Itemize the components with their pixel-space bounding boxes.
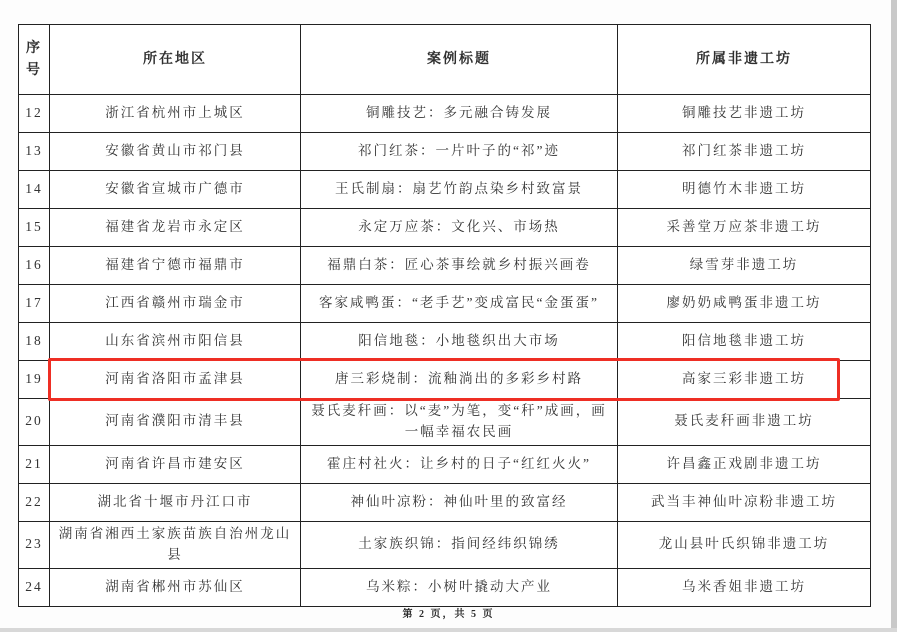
- row-number-cell: 21: [19, 445, 50, 483]
- row-workshop-cell: 许昌鑫正戏剧非遗工坊: [618, 445, 871, 483]
- table-row: 12 浙江省杭州市上城区 铜雕技艺：多元融合铸发展 铜雕技艺非遗工坊: [19, 95, 871, 133]
- row-number-cell: 19: [19, 361, 50, 399]
- header-cell-title: 案例标题: [301, 25, 618, 95]
- heritage-case-table: 序号 所在地区 案例标题 所属非遗工坊 12 浙江省杭州市上城区 铜雕技艺：多元…: [18, 24, 871, 607]
- table-row: 22 湖北省十堰市丹江口市 神仙叶凉粉：神仙叶里的致富经 武当丰神仙叶凉粉非遗工…: [19, 483, 871, 521]
- row-number-cell: 23: [19, 521, 50, 568]
- row-workshop-cell: 采善堂万应茶非遗工坊: [618, 209, 871, 247]
- row-number-cell: 15: [19, 209, 50, 247]
- row-number-cell: 14: [19, 171, 50, 209]
- row-title-cell: 乌米粽：小树叶撬动大产业: [301, 568, 618, 606]
- header-cell-region: 所在地区: [50, 25, 301, 95]
- row-region-cell: 福建省龙岩市永定区: [50, 209, 301, 247]
- table-row: 20 河南省濮阳市清丰县 聂氏麦秆画：以“麦”为笔，变“秆”成画，画一幅幸福农民…: [19, 399, 871, 446]
- page-edge-bottom: [0, 628, 897, 632]
- row-region-cell: 山东省滨州市阳信县: [50, 323, 301, 361]
- row-workshop-cell: 铜雕技艺非遗工坊: [618, 95, 871, 133]
- row-title-cell: 唐三彩烧制：流釉淌出的多彩乡村路: [301, 361, 618, 399]
- row-workshop-cell: 阳信地毯非遗工坊: [618, 323, 871, 361]
- row-title-cell: 福鼎白茶：匠心茶事绘就乡村振兴画卷: [301, 247, 618, 285]
- row-number-cell: 17: [19, 285, 50, 323]
- row-number-cell: 13: [19, 133, 50, 171]
- row-title-cell: 客家咸鸭蛋：“老手艺”变成富民“金蛋蛋”: [301, 285, 618, 323]
- row-region-cell: 安徽省宣城市广德市: [50, 171, 301, 209]
- row-title-cell: 阳信地毯：小地毯织出大市场: [301, 323, 618, 361]
- row-number-cell: 24: [19, 568, 50, 606]
- row-title-cell: 王氏制扇：扇艺竹韵点染乡村致富景: [301, 171, 618, 209]
- row-region-cell: 湖南省湘西土家族苗族自治州龙山县: [50, 521, 301, 568]
- table-row: 13 安徽省黄山市祁门县 祁门红茶：一片叶子的“祁”迹 祁门红茶非遗工坊: [19, 133, 871, 171]
- row-workshop-cell: 聂氏麦秆画非遗工坊: [618, 399, 871, 446]
- row-title-cell: 土家族织锦：指间经纬织锦绣: [301, 521, 618, 568]
- row-workshop-cell: 乌米香姐非遗工坊: [618, 568, 871, 606]
- row-region-cell: 湖北省十堰市丹江口市: [50, 483, 301, 521]
- row-region-cell: 福建省宁德市福鼎市: [50, 247, 301, 285]
- row-region-cell: 河南省濮阳市清丰县: [50, 399, 301, 446]
- row-workshop-cell: 明德竹木非遗工坊: [618, 171, 871, 209]
- row-number-cell: 12: [19, 95, 50, 133]
- row-title-cell: 永定万应茶：文化兴、市场热: [301, 209, 618, 247]
- row-workshop-cell: 高家三彩非遗工坊: [618, 361, 871, 399]
- table-row: 21 河南省许昌市建安区 霍庄村社火：让乡村的日子“红红火火” 许昌鑫正戏剧非遗…: [19, 445, 871, 483]
- row-workshop-cell: 龙山县叶氏织锦非遗工坊: [618, 521, 871, 568]
- header-cell-workshop: 所属非遗工坊: [618, 25, 871, 95]
- row-title-cell: 铜雕技艺：多元融合铸发展: [301, 95, 618, 133]
- table-row: 15 福建省龙岩市永定区 永定万应茶：文化兴、市场热 采善堂万应茶非遗工坊: [19, 209, 871, 247]
- table-row: 16 福建省宁德市福鼎市 福鼎白茶：匠心茶事绘就乡村振兴画卷 绿雪芽非遗工坊: [19, 247, 871, 285]
- table-row: 14 安徽省宣城市广德市 王氏制扇：扇艺竹韵点染乡村致富景 明德竹木非遗工坊: [19, 171, 871, 209]
- row-workshop-cell: 廖奶奶咸鸭蛋非遗工坊: [618, 285, 871, 323]
- page-number-footer: 第 2 页，共 5 页: [0, 605, 897, 620]
- page-edge-right: [891, 0, 897, 632]
- row-region-cell: 河南省洛阳市孟津县: [50, 361, 301, 399]
- row-title-cell: 霍庄村社火：让乡村的日子“红红火火”: [301, 445, 618, 483]
- row-workshop-cell: 绿雪芽非遗工坊: [618, 247, 871, 285]
- row-region-cell: 湖南省郴州市苏仙区: [50, 568, 301, 606]
- row-region-cell: 河南省许昌市建安区: [50, 445, 301, 483]
- header-cell-number: 序号: [19, 25, 50, 95]
- row-title-cell: 聂氏麦秆画：以“麦”为笔，变“秆”成画，画一幅幸福农民画: [301, 399, 618, 446]
- document-page: 序号 所在地区 案例标题 所属非遗工坊 12 浙江省杭州市上城区 铜雕技艺：多元…: [0, 0, 897, 632]
- row-number-cell: 20: [19, 399, 50, 446]
- table-header-row: 序号 所在地区 案例标题 所属非遗工坊: [19, 25, 871, 95]
- row-region-cell: 安徽省黄山市祁门县: [50, 133, 301, 171]
- row-number-cell: 18: [19, 323, 50, 361]
- row-region-cell: 江西省赣州市瑞金市: [50, 285, 301, 323]
- row-region-cell: 浙江省杭州市上城区: [50, 95, 301, 133]
- table-row: 18 山东省滨州市阳信县 阳信地毯：小地毯织出大市场 阳信地毯非遗工坊: [19, 323, 871, 361]
- table-row: 19 河南省洛阳市孟津县 唐三彩烧制：流釉淌出的多彩乡村路 高家三彩非遗工坊: [19, 361, 871, 399]
- row-title-cell: 祁门红茶：一片叶子的“祁”迹: [301, 133, 618, 171]
- table-row: 17 江西省赣州市瑞金市 客家咸鸭蛋：“老手艺”变成富民“金蛋蛋” 廖奶奶咸鸭蛋…: [19, 285, 871, 323]
- row-workshop-cell: 武当丰神仙叶凉粉非遗工坊: [618, 483, 871, 521]
- row-number-cell: 22: [19, 483, 50, 521]
- table-row: 23 湖南省湘西土家族苗族自治州龙山县 土家族织锦：指间经纬织锦绣 龙山县叶氏织…: [19, 521, 871, 568]
- row-workshop-cell: 祁门红茶非遗工坊: [618, 133, 871, 171]
- table-row: 24 湖南省郴州市苏仙区 乌米粽：小树叶撬动大产业 乌米香姐非遗工坊: [19, 568, 871, 606]
- row-title-cell: 神仙叶凉粉：神仙叶里的致富经: [301, 483, 618, 521]
- row-number-cell: 16: [19, 247, 50, 285]
